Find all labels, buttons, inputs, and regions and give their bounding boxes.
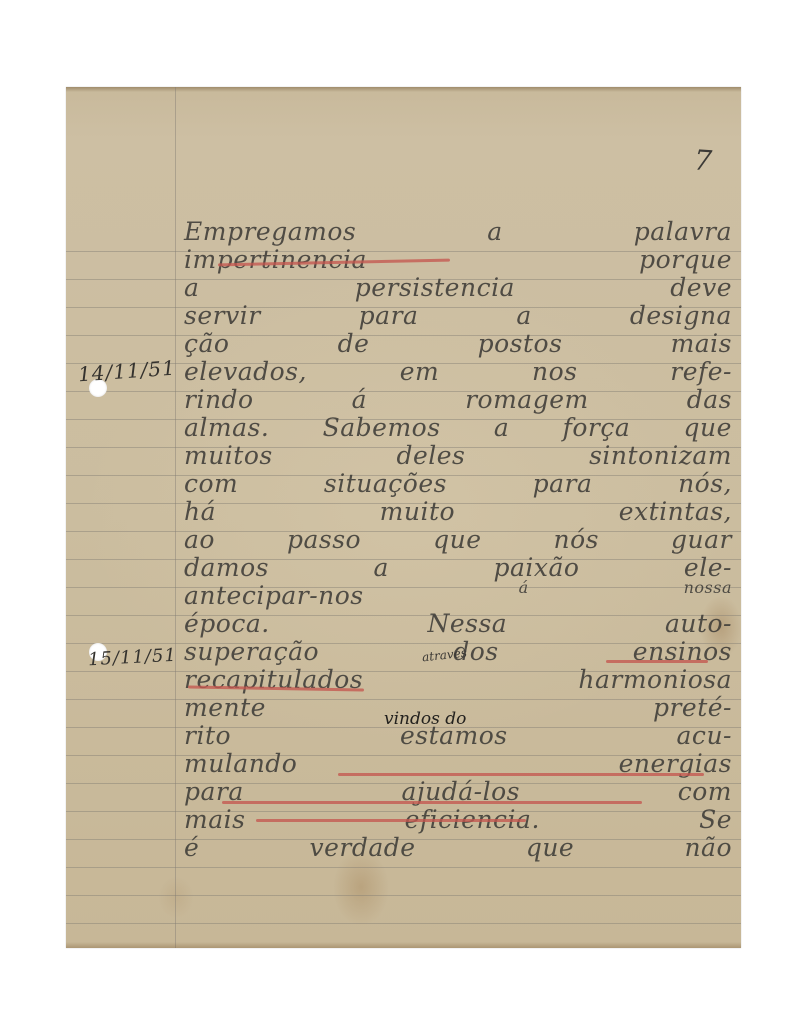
word: preté-	[653, 694, 732, 722]
word: muito	[380, 498, 455, 526]
word: para	[359, 302, 419, 330]
margin-line	[175, 87, 176, 948]
word: que	[433, 526, 481, 554]
word: situações	[324, 470, 447, 498]
word: que	[684, 414, 732, 442]
red-underline-auto	[606, 660, 708, 663]
word: nossa	[684, 574, 732, 602]
text-line-2: impertinencia porque	[184, 246, 732, 274]
word: rindo	[184, 386, 254, 414]
text-line-11: há muito extintas,	[184, 498, 732, 526]
word: mulando	[184, 750, 297, 778]
word: passo	[287, 526, 361, 554]
word: a	[516, 302, 531, 330]
word: nos	[532, 358, 577, 386]
text-line-3: a persistencia deve	[184, 274, 732, 302]
word: rito	[184, 722, 231, 750]
text-line-13: damos a paixão ele-	[184, 554, 732, 582]
word: verdade	[310, 834, 416, 862]
word: postos	[478, 330, 563, 358]
text-line-15: época. Nessa auto-	[184, 610, 732, 638]
word: nós,	[678, 470, 732, 498]
text-line-5: ção de postos mais	[184, 330, 732, 358]
word: superação	[184, 638, 319, 666]
word: Sabemos	[323, 414, 441, 442]
word: Se	[699, 806, 732, 834]
word: de	[338, 330, 370, 358]
word: para	[533, 470, 593, 498]
word: á	[352, 386, 367, 414]
text-line-12: ao passo que nós guar	[184, 526, 732, 554]
word: palavra	[634, 218, 732, 246]
red-underline-acumulando	[222, 801, 642, 804]
word: ao	[184, 526, 215, 554]
word: força	[563, 414, 631, 442]
word: a	[487, 218, 502, 246]
word: muitos	[184, 442, 273, 470]
word: com	[184, 470, 238, 498]
red-underline-estamos	[338, 773, 704, 776]
text-line-14: antecipar-nos á nossa	[184, 582, 732, 610]
red-underline-ajuda	[256, 819, 526, 822]
word: romagem	[465, 386, 589, 414]
word: deve	[670, 274, 732, 302]
word: ção	[184, 330, 229, 358]
word: sintonizam	[589, 442, 732, 470]
word: não	[684, 834, 732, 862]
word: Nessa	[427, 610, 507, 638]
word: Empregamos	[184, 218, 356, 246]
word: com	[678, 778, 732, 806]
text-line-8: almas. Sabemos a força que	[184, 414, 732, 442]
text-line-1: Empregamos a palavra	[184, 218, 732, 246]
word: que	[526, 834, 574, 862]
manuscript-text: Empregamos a palavra impertinencia porqu…	[184, 224, 732, 868]
word: a	[494, 414, 509, 442]
word: guar	[671, 526, 732, 554]
word: harmoniosa	[578, 666, 732, 694]
word: é	[184, 834, 199, 862]
text-line-6: elevados, em nos refe-	[184, 358, 732, 386]
word: almas.	[184, 414, 269, 442]
word: damos	[184, 554, 269, 582]
word: a	[374, 554, 389, 582]
word: extintas,	[619, 498, 732, 526]
text-line-7: rindo á romagem das	[184, 386, 732, 414]
overwrite-vindos-do: vindos do	[384, 709, 466, 729]
text-line-23: é verdade que não	[184, 834, 732, 862]
word: época.	[184, 610, 270, 638]
word: servir	[184, 302, 261, 330]
manuscript-page: 7 14/11/51 15/11/51 Empregamos a palavra…	[66, 87, 741, 948]
text-line-9: muitos deles sintonizam	[184, 442, 732, 470]
word: elevados,	[184, 358, 307, 386]
word: porque	[639, 246, 732, 274]
word: refe-	[670, 358, 732, 386]
word: mente	[184, 694, 266, 722]
word: paixão	[493, 554, 579, 582]
word: deles	[396, 442, 465, 470]
scan-canvas: 7 14/11/51 15/11/51 Empregamos a palavra…	[0, 0, 808, 1024]
text-line-10: com situações para nós,	[184, 470, 732, 498]
word: á	[519, 574, 529, 602]
word: mais	[184, 806, 245, 834]
word: designa	[630, 302, 732, 330]
word: em	[400, 358, 440, 386]
word: auto-	[665, 610, 732, 638]
word: antecipar-nos	[184, 582, 364, 610]
word: mais	[671, 330, 732, 358]
word: a	[184, 274, 199, 302]
text-line-4: servir para a designa	[184, 302, 732, 330]
word: das	[687, 386, 732, 414]
word: acu-	[677, 722, 732, 750]
page-number: 7	[693, 143, 713, 177]
word: nós	[554, 526, 599, 554]
word: persistencia	[355, 274, 515, 302]
word: há	[184, 498, 216, 526]
